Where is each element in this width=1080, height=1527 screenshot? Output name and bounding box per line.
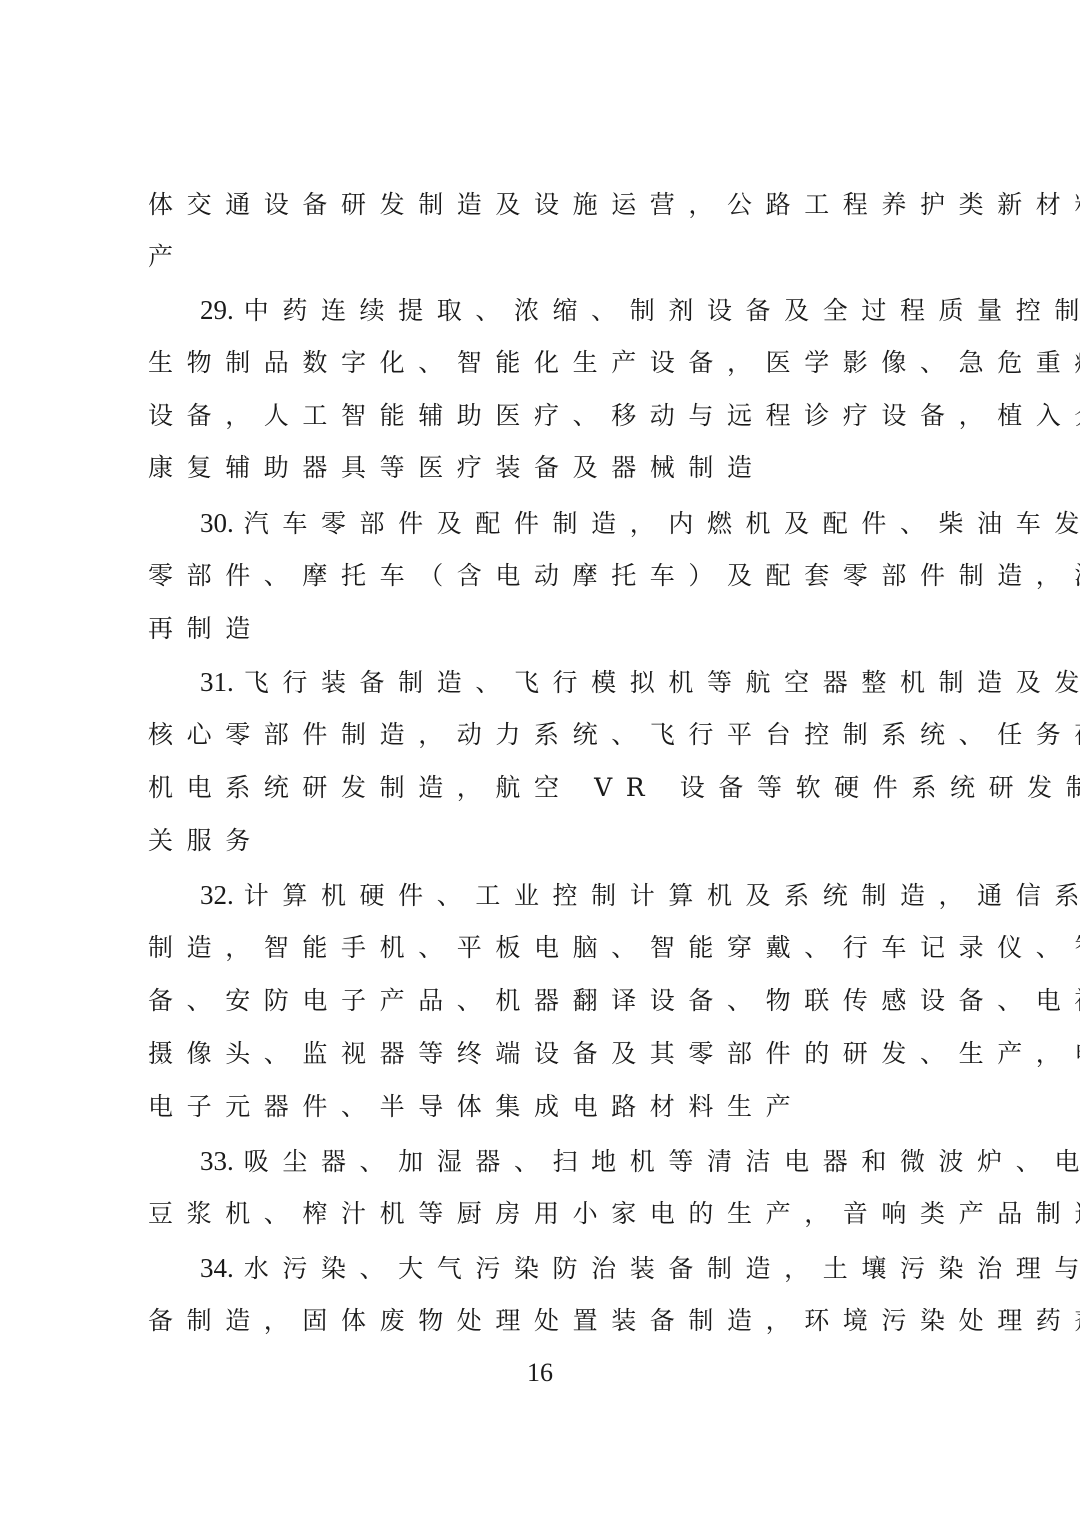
- list-item-33-first-line: 33.吸尘器、加湿器、扫地机等清洁电器和微波炉、电饭煲、: [200, 1141, 1080, 1181]
- text-line: 豆浆机、榨汁机等厨房用小家电的生产，音响类产品制造加工: [148, 1194, 1080, 1234]
- list-item-32-first-line: 32.计算机硬件、工业控制计算机及系统制造，通信系统设备: [200, 875, 1080, 915]
- item-number: 34.: [200, 1253, 234, 1283]
- text-line: 制造，智能手机、平板电脑、智能穿戴、行车记录仪、智能导航设: [148, 928, 1080, 968]
- text-line: 生物制品数字化、智能化生产设备，医学影像、急危重症生命支持: [148, 343, 1080, 383]
- list-item-29-first-line: 29.中药连续提取、浓缩、制剂设备及全过程质量控制设备，: [200, 290, 1080, 330]
- text-line: 设备，人工智能辅助医疗、移动与远程诊疗设备，植入介入产品、: [148, 396, 1080, 436]
- text-line: 机电系统研发制造，航空 VR 设备等软硬件系统研发制造，通航相: [148, 768, 1080, 808]
- text-line: 电子元器件、半导体集成电路材料生产: [148, 1087, 804, 1127]
- text-line: 备、安防电子产品、机器翻译设备、物联传感设备、电视机、4K: [148, 981, 1080, 1021]
- text-line: 备制造，固体废物处理处置装备制造，环境污染处理药剂、材料研: [148, 1301, 1080, 1341]
- item-number: 31.: [200, 667, 234, 697]
- text-line: 产: [148, 237, 187, 277]
- text-line: 康复辅助器具等医疗装备及器械制造: [148, 448, 766, 488]
- item-number: 29.: [200, 295, 234, 325]
- text-line: 核心零部件制造，动力系统、飞行平台控制系统、任务荷载系统等: [148, 715, 1080, 755]
- list-item-30-first-line: 30.汽车零部件及配件制造，内燃机及配件、柴油车发动机及: [200, 503, 1080, 543]
- list-item-31-first-line: 31.飞行装备制造、飞行模拟机等航空器整机制造及发动机等: [200, 662, 1080, 702]
- list-item-34-first-line: 34.水污染、大气污染防治装备制造，土壤污染治理与修复装: [200, 1248, 1080, 1288]
- text-line: 体交通设备研发制造及设施运营，公路工程养护类新材料开发与生: [148, 185, 1080, 225]
- page-number: 16: [0, 1358, 1080, 1388]
- item-number: 30.: [200, 508, 234, 538]
- text-line: 再制造: [148, 609, 264, 649]
- text-line: 零部件、摩托车（含电动摩托车）及配套零部件制造，汽车零部件: [148, 556, 1080, 596]
- text-line: 摄像头、监视器等终端设备及其零部件的研发、生产，电子材料及: [148, 1034, 1080, 1074]
- item-number: 33.: [200, 1146, 234, 1176]
- item-number: 32.: [200, 880, 234, 910]
- text-line: 关服务: [148, 821, 264, 861]
